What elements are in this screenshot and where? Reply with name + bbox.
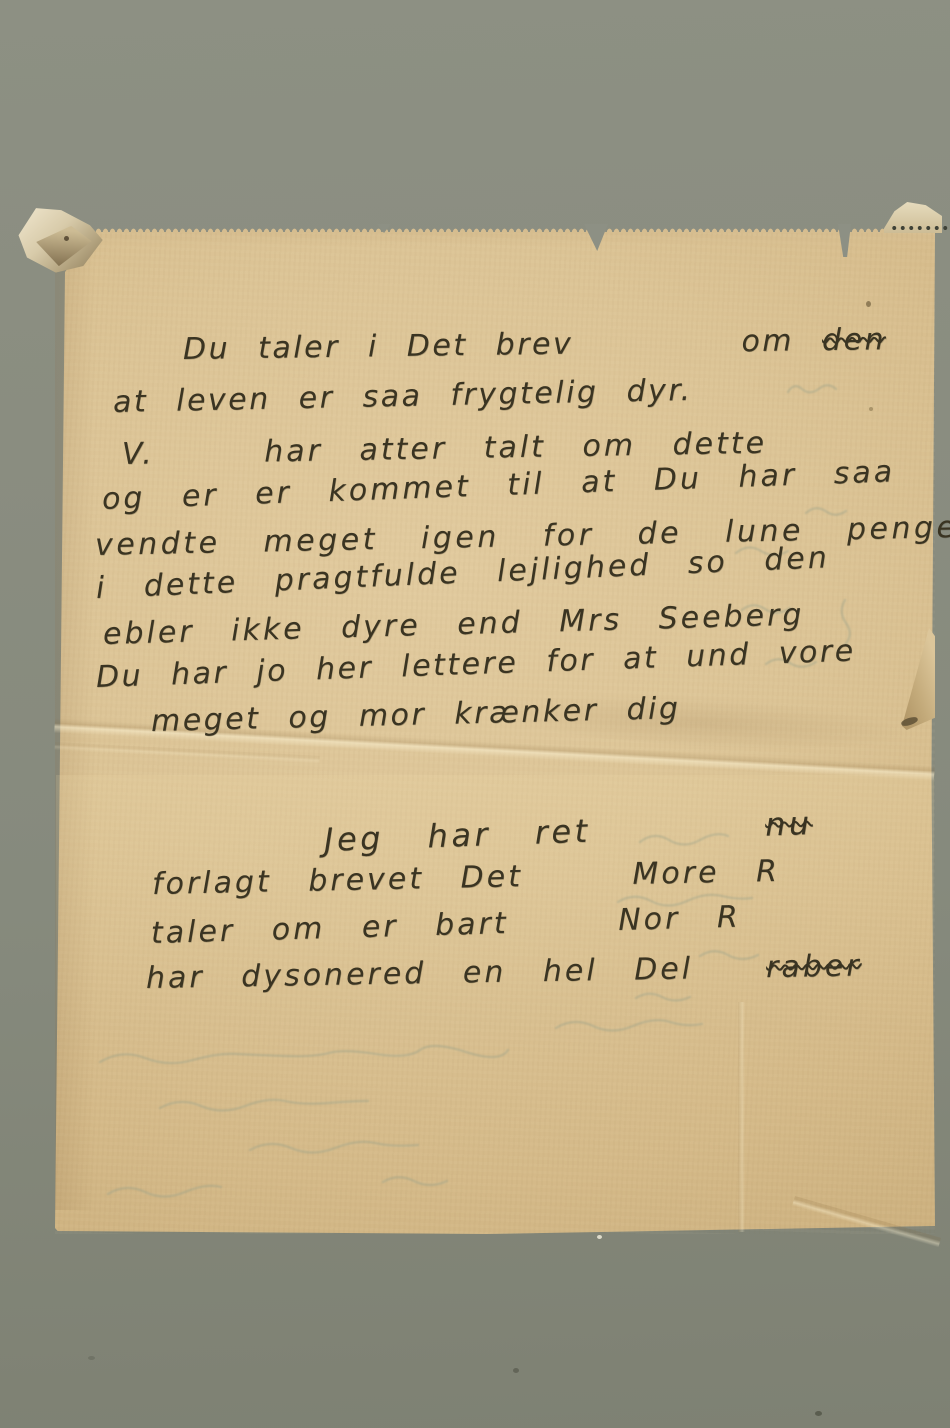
dust-speck bbox=[513, 1368, 519, 1373]
torn-scrap-hole bbox=[64, 236, 69, 241]
dust-speck bbox=[815, 1411, 822, 1416]
dust-speck bbox=[597, 1235, 602, 1239]
ink-stain bbox=[866, 301, 871, 307]
perforation-holes bbox=[890, 224, 950, 232]
photo-backdrop: Du taler i Det brev om den at leven er s… bbox=[0, 0, 950, 1428]
dust-speck bbox=[88, 1356, 95, 1360]
ink-stain bbox=[869, 407, 873, 411]
perforated-edge bbox=[95, 224, 935, 233]
